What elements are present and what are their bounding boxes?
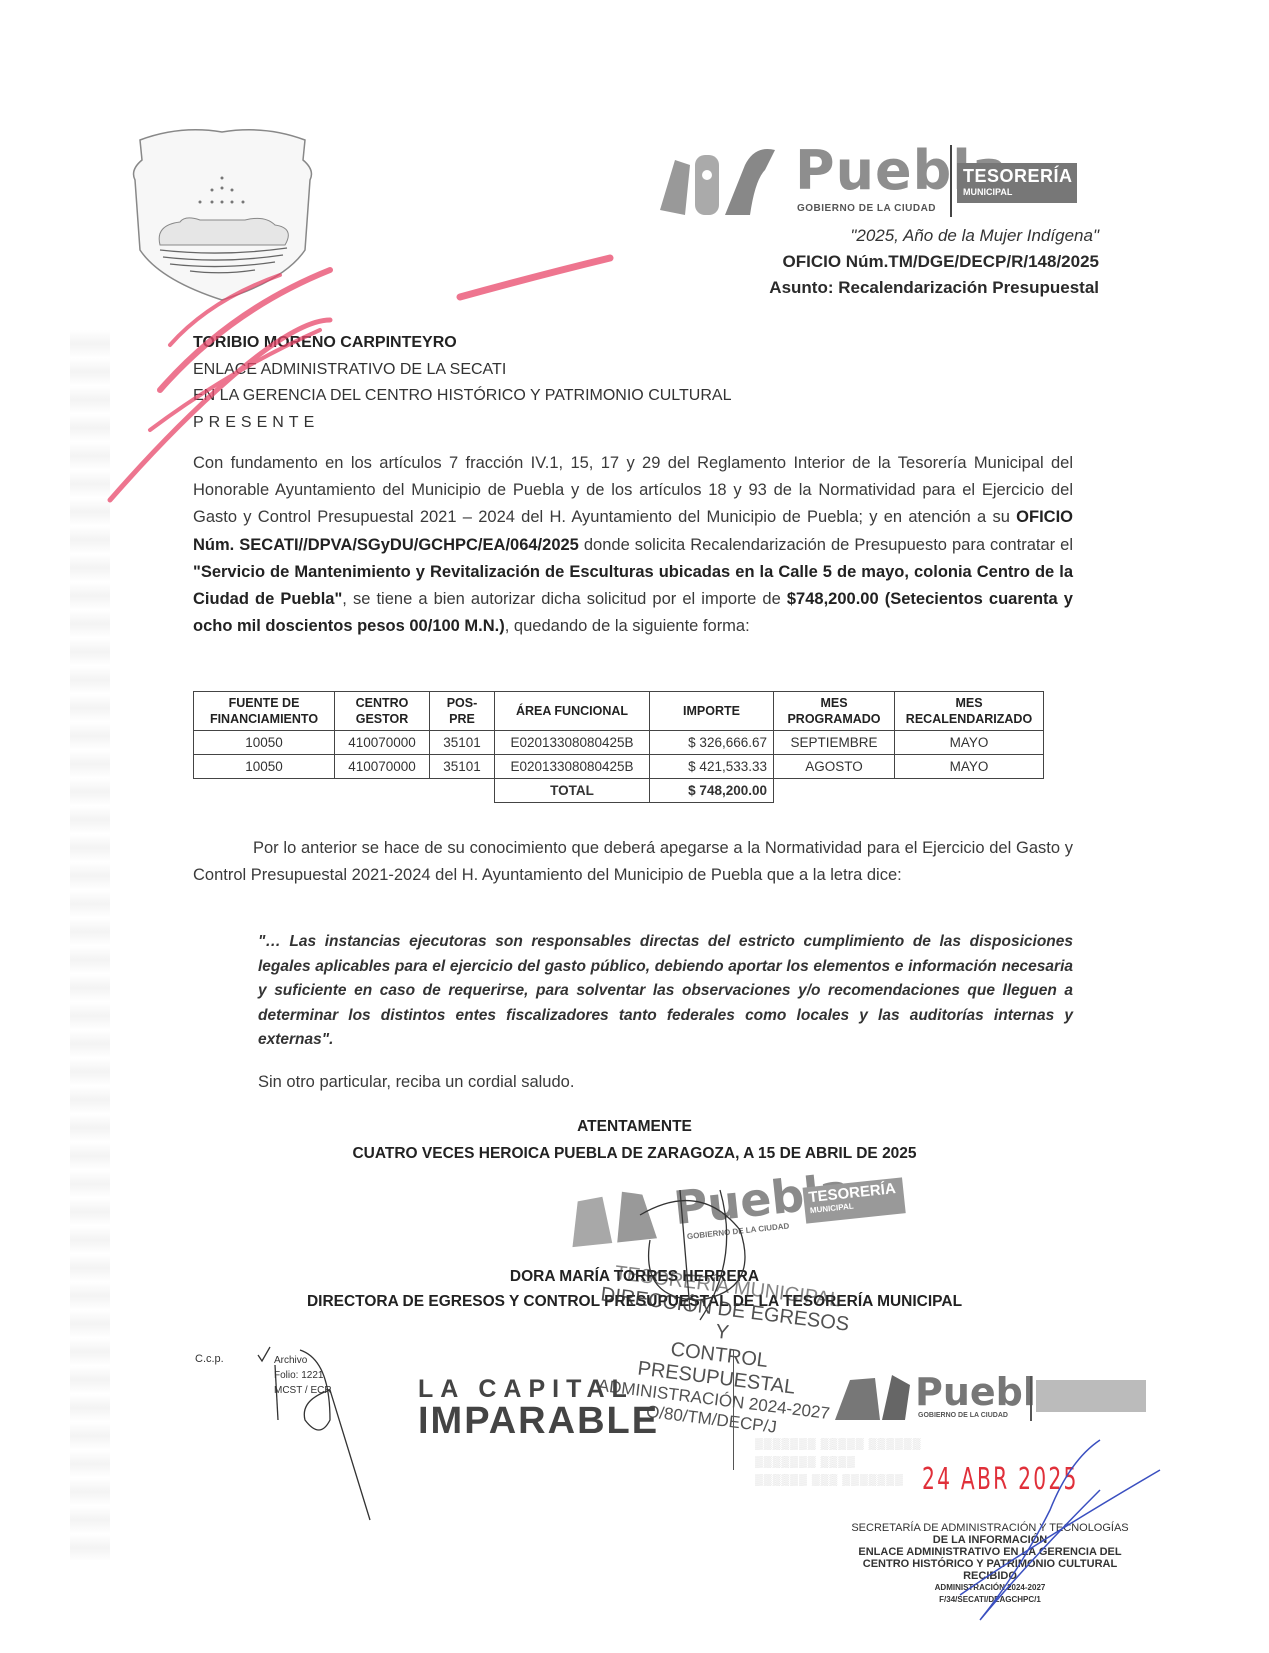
regulation-quote: "… Las instancias ejecutoras son respons… <box>258 930 1073 1053</box>
cell-mes-recalendarizado: MAYO <box>895 731 1044 755</box>
recipient-name: TORIBIO MORENO CARPINTEYRO <box>193 330 731 357</box>
column-header: CENTRO GESTOR <box>335 692 430 731</box>
column-header: FUENTE DE FINANCIAMIENTO <box>194 692 335 731</box>
ccp-item: Folio: 1221 <box>274 1368 332 1383</box>
faded-badge <box>1036 1380 1146 1412</box>
ccp-list: Archivo Folio: 1221 MCST / ECR <box>274 1353 332 1398</box>
cell-centro-gestor: 410070000 <box>335 755 430 779</box>
table-total-row: TOTAL $ 748,200.00 <box>194 779 1044 803</box>
cell-fuente: 10050 <box>194 755 335 779</box>
recipient-block: TORIBIO MORENO CARPINTEYRO ENLACE ADMINI… <box>193 330 731 436</box>
received-stamp-text: SECRETARÍA DE ADMINISTRACIÓN Y TECNOLOGÍ… <box>840 1522 1140 1606</box>
puebla-figures-icon <box>562 1181 678 1252</box>
cell-mes-recalendarizado: MAYO <box>895 755 1044 779</box>
body-text: , se tiene a bien autorizar dicha solici… <box>342 590 787 608</box>
puebla-figures-icon <box>655 140 785 218</box>
puebla-tesoreria-logo: Puebla GOBIERNO DE LA CIUDAD TESORERÍA M… <box>655 135 1085 220</box>
table-row: 10050 410070000 35101 E02013308080425B $… <box>194 731 1044 755</box>
tesoreria-badge: TESORERÍA MUNICIPAL <box>957 163 1077 203</box>
signature-seal-logo: Puebla GOBIERNO DE LA CIUDAD TESORERÍAMU… <box>562 1157 908 1272</box>
logo-divider <box>950 145 952 217</box>
faded-address: ▒▒▒▒▒▒▒ ▒▒▒▒▒ ▒▒▒▒▒▒▒▒▒▒▒▒▒ ▒▒▒▒▒▒▒▒▒▒ ▒… <box>755 1435 921 1489</box>
column-header: POS-PRE <box>430 692 495 731</box>
column-header: MES RECALENDARIZADO <box>895 692 1044 731</box>
compliance-paragraph: Por lo anterior se hace de su conocimien… <box>193 835 1073 889</box>
puebla-figures-icon <box>830 1370 915 1425</box>
year-motto: "2025, Año de la Mujer Indígena" <box>850 226 1099 246</box>
scan-edge-artifact <box>70 330 110 1560</box>
table-row: 10050 410070000 35101 E02013308080425B $… <box>194 755 1044 779</box>
ccp-item: Archivo <box>274 1353 332 1368</box>
received-stamp-logo: Puebla GOBIERNO DE LA CIUDAD <box>830 1370 1160 1430</box>
atentamente-label: ATENTAMENTE <box>0 1118 1269 1136</box>
cell-centro-gestor: 410070000 <box>335 731 430 755</box>
cell-pos-pre: 35101 <box>430 731 495 755</box>
slogan-logo: LA CAPITAL IMPARABLE <box>418 1375 659 1443</box>
body-text: , quedando de la siguiente forma: <box>505 617 750 635</box>
column-header: ÁREA FUNCIONAL <box>495 692 650 731</box>
city-shield-emblem <box>125 120 320 305</box>
check-mark-icon <box>258 1347 270 1361</box>
ccp-item: MCST / ECR <box>274 1383 332 1398</box>
cell-fuente: 10050 <box>194 731 335 755</box>
cell-pos-pre: 35101 <box>430 755 495 779</box>
cell-importe: $ 421,533.33 <box>650 755 774 779</box>
column-header: IMPORTE <box>650 692 774 731</box>
column-header: MES PROGRAMADO <box>774 692 895 731</box>
empty-cell <box>774 779 1044 803</box>
recipient-position: ENLACE ADMINISTRATIVO DE LA SECATI <box>193 357 731 384</box>
cell-mes-programado: SEPTIEMBRE <box>774 731 895 755</box>
cell-mes-programado: AGOSTO <box>774 755 895 779</box>
recipient-department: EN LA GERENCIA DEL CENTRO HISTÓRICO Y PA… <box>193 383 731 410</box>
subject-line: Asunto: Recalendarización Presupuestal <box>769 278 1099 298</box>
received-date-stamp: 24 ABR 2025 <box>922 1462 1079 1497</box>
presente-label: PRESENTE <box>193 410 731 437</box>
oficio-number: OFICIO Núm.TM/DGE/DECP/R/148/2025 <box>783 252 1099 272</box>
body-text: Con fundamento en los artículos 7 fracci… <box>193 454 1073 526</box>
total-value: $ 748,200.00 <box>650 779 774 803</box>
table-header-row: FUENTE DE FINANCIAMIENTO CENTRO GESTOR P… <box>194 692 1044 731</box>
budget-table: FUENTE DE FINANCIAMIENTO CENTRO GESTOR P… <box>193 691 1044 803</box>
empty-cell <box>194 779 495 803</box>
footer-divider <box>733 1350 734 1470</box>
body-text: donde solicita Recalendarización de Pres… <box>579 536 1073 554</box>
total-label: TOTAL <box>495 779 650 803</box>
cell-area-funcional: E02013308080425B <box>495 755 650 779</box>
ccp-label: C.c.p. <box>195 1353 224 1365</box>
cell-area-funcional: E02013308080425B <box>495 731 650 755</box>
cell-importe: $ 326,666.67 <box>650 731 774 755</box>
city-date-line: CUATRO VECES HEROICA PUEBLA DE ZARAGOZA,… <box>0 1145 1269 1163</box>
logo-subtitle: GOBIERNO DE LA CIUDAD <box>797 203 936 214</box>
closing-line: Sin otro particular, reciba un cordial s… <box>258 1073 574 1092</box>
body-paragraph: Con fundamento en los artículos 7 fracci… <box>193 450 1073 640</box>
